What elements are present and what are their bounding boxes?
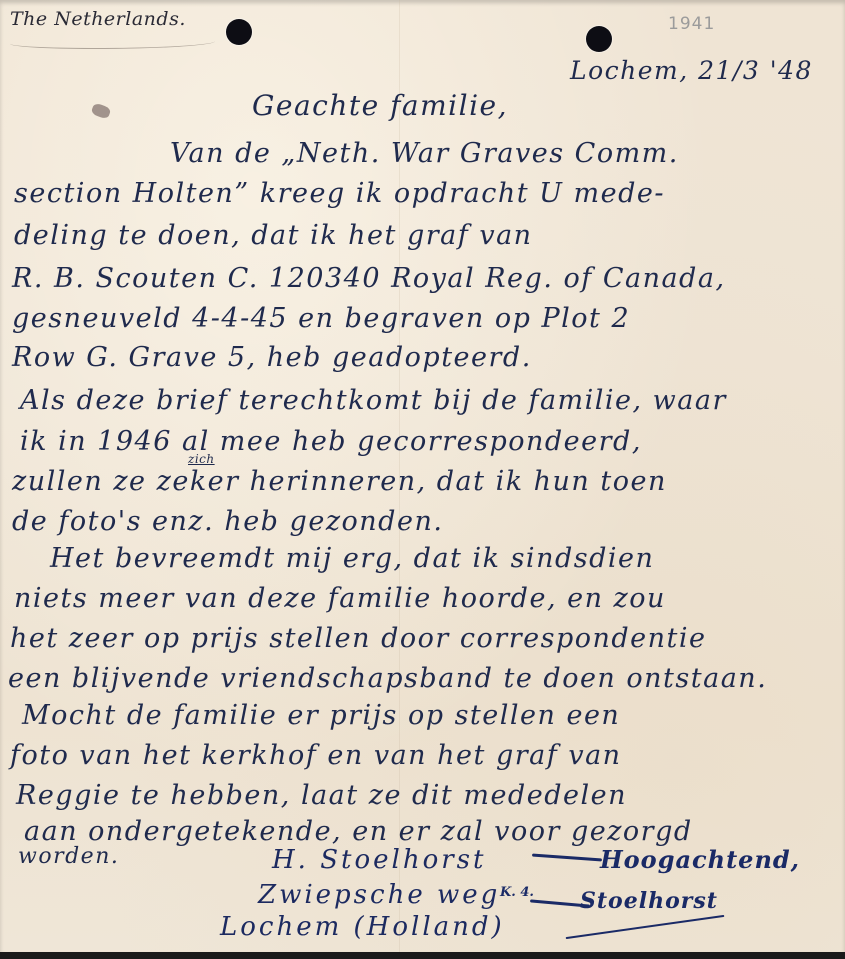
body-line: R. B. Scouten C. 120340 Royal Reg. of Ca… — [12, 265, 726, 292]
body-line: foto van het kerkhof en van het graf van — [10, 742, 622, 769]
interlinear-insert: zich — [188, 452, 215, 466]
complimentary-close: Hoogachtend, — [600, 845, 800, 874]
body-line: Het bevreemdt mij erg, dat ik sindsdien — [50, 545, 654, 572]
closing-flourish — [532, 854, 602, 862]
scan-bottom-edge — [0, 952, 845, 959]
body-line: worden. — [18, 846, 119, 868]
body-line: ik in 1946 al mee heb gecorrespondeerd, — [20, 428, 642, 455]
letter-page: The Netherlands. 1941 Lochem, 21/3 '48 G… — [0, 0, 845, 952]
body-line: niets meer van deze familie hoorde, en z… — [14, 585, 666, 612]
punch-hole-right — [586, 26, 612, 52]
punch-hole-left — [226, 19, 252, 45]
sender-city: Lochem (Holland) — [220, 912, 505, 942]
body-line: deling te doen, dat ik het graf van — [14, 222, 533, 249]
body-line: gesneuveld 4-4-45 en begraven op Plot 2 — [12, 305, 630, 332]
salutation: Geachte familie, — [252, 92, 508, 120]
body-line: zullen ze zeker herinneren, dat ik hun t… — [12, 468, 667, 495]
country-note-underline — [10, 36, 215, 49]
sender-street: Zwiepsche weg — [258, 880, 500, 910]
body-line: een blijvende vriendschapsband te doen o… — [8, 665, 767, 692]
pencil-annotation: 1941 — [668, 14, 715, 34]
signature-underline — [566, 915, 725, 939]
body-line: section Holten” kreeg ik opdracht U mede… — [14, 180, 665, 207]
body-line: Reggie te hebben, laat ze dit mededelen — [16, 782, 627, 809]
body-line: de foto's enz. heb gezonden. — [12, 508, 443, 535]
body-line: Van de „Neth. War Graves Comm. — [170, 140, 679, 167]
country-note: The Netherlands. — [10, 8, 186, 30]
body-line: Als deze brief terechtkomt bij de famili… — [20, 387, 727, 414]
ink-stain — [90, 102, 111, 119]
sender-house-note: K. 4. — [500, 885, 534, 900]
body-line: het zeer op prijs stellen door correspon… — [10, 625, 707, 652]
signature: Stoelhorst — [580, 888, 718, 914]
body-line: Mocht de familie er prijs op stellen een — [22, 702, 620, 729]
sender-name: H. Stoelhorst — [272, 845, 486, 875]
body-line: Row G. Grave 5, heb geadopteerd. — [12, 344, 532, 371]
body-line: aan ondergetekende, en er zal voor gezor… — [24, 818, 693, 845]
place-date: Lochem, 21/3 '48 — [570, 58, 813, 83]
